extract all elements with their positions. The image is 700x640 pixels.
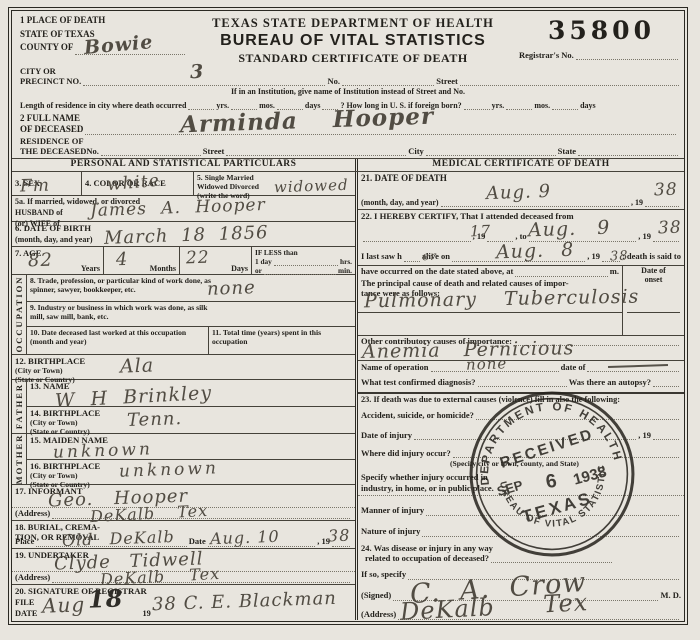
days-label: days	[305, 101, 321, 110]
burial-date-label: Date	[189, 537, 206, 547]
residence-label-2: THE DECEASED	[20, 146, 86, 156]
fill	[398, 611, 679, 620]
file-date-label: DATE	[15, 609, 37, 619]
fill	[277, 101, 303, 110]
full-name-row: 2 FULL NAME OF DECEASED Arminda Hooper	[12, 111, 684, 137]
occupation-vertical-cell: OCCUPATION	[12, 275, 27, 354]
accident-label: Accident, suicide, or homicide?	[361, 411, 474, 421]
onset-label-2: onset	[623, 275, 684, 285]
color-label: 4. COLOR OR RACE	[85, 178, 166, 188]
fill	[645, 198, 679, 207]
fill	[426, 507, 679, 516]
mother-group: MOTHER 15. MAIDEN NAME unknown 16. BIRTH…	[12, 434, 355, 485]
dob-label-1: 6. DATE OF BIRTH	[12, 222, 355, 235]
row-spouse: 5a. If married, widowed, or divorced HUS…	[12, 196, 355, 222]
birthplace-city-town: (City or Town)	[12, 366, 355, 375]
fill	[441, 198, 629, 207]
row-age: 7. AGE Years Months Days IF LESS than 1 …	[12, 247, 355, 275]
fill	[578, 147, 678, 156]
injury-where-label: Where did injury occur?	[361, 449, 451, 459]
or-label: or	[255, 266, 262, 275]
fill	[404, 253, 420, 262]
yrs-label: yrs.	[216, 101, 229, 110]
principal-label-1: The principal cause of death and related…	[358, 277, 622, 288]
row-manner: Manner of injury	[358, 498, 684, 521]
row-father-name: 13. NAME W H Brinkley	[27, 380, 355, 407]
fill	[393, 592, 658, 601]
burial-place-label: Place	[15, 537, 34, 547]
row-registrar: 20. SIGNATURE OF REGISTRAR FILE DATE 19 …	[12, 585, 355, 620]
lastworked-label: 10. Date deceased last worked at this oc…	[30, 328, 205, 347]
row-date-of-death: 21. DATE OF DEATH (month, day, and year)…	[358, 172, 684, 210]
q24-label-1: 24. Was disease or injury in any way	[358, 542, 684, 553]
certificate-form: 1 PLACE OF DEATH STATE OF TEXAS COUNTY O…	[8, 7, 688, 625]
informant-label: 17. INFORMANT	[12, 485, 355, 498]
row-undertaker: 19. UNDERTAKER (Address) Clyde Tidwell D…	[12, 549, 355, 585]
fill	[476, 411, 679, 420]
fill	[491, 554, 612, 563]
certificate-number-block: 35800 Registrar's No.	[519, 14, 684, 66]
row-mother-birthplace: 16. BIRTHPLACE (City or Town) (State or …	[27, 460, 355, 484]
fill	[363, 233, 471, 242]
form-header: 1 PLACE OF DEATH STATE OF TEXAS COUNTY O…	[12, 11, 684, 63]
residence-q1-label: Length of residence in city where death …	[20, 101, 186, 110]
contributory-label: Other contributory causes of importance:	[361, 337, 512, 347]
medical-column: 21. DATE OF DEATH (month, day, and year)…	[358, 172, 684, 620]
onset-label-1: Date of	[623, 266, 684, 276]
fill	[226, 147, 406, 156]
section-band: PERSONAL AND STATISTICAL PARTICULARS MED…	[12, 158, 684, 172]
fill	[101, 147, 201, 156]
registrar-no-label: Registrar's No.	[519, 50, 574, 60]
dob-label-2: (month, day, and year)	[12, 235, 355, 246]
signed-label: (Signed)	[361, 591, 391, 601]
fill	[602, 253, 620, 262]
trade-label: 8. Trade, profession, or particular kind…	[27, 275, 222, 296]
fill	[464, 101, 490, 110]
file-date-line: DATE 19	[12, 608, 355, 620]
row-injury-date: Date of injury , 19	[358, 426, 684, 446]
fill	[431, 363, 559, 372]
fill	[653, 431, 679, 440]
mother-vertical-cell: MOTHER	[12, 434, 27, 484]
fullname-fill	[85, 126, 676, 135]
father-vertical-cell: FATHER	[12, 380, 27, 433]
res-no-label: No.	[86, 146, 99, 156]
signed-address-label: (Address)	[361, 610, 396, 620]
row-principal-cause: have occurred on the date stated above, …	[358, 266, 684, 336]
row-injury-where: Where did injury occur? (Specify city or…	[358, 446, 684, 472]
county-fill-line	[75, 46, 185, 55]
injury-date-label: Date of injury	[361, 431, 412, 441]
marital-label-1: 5. Single Married	[197, 173, 352, 182]
dept-title-line1: TEXAS STATE DEPARTMENT OF HEALTH	[187, 16, 519, 31]
fill	[332, 538, 350, 547]
lastsaw-pre-label: I last saw h	[361, 252, 402, 262]
sex-label: 3. SEX	[15, 178, 40, 188]
row-informant: 17. INFORMANT (Address) Geo. Hooper DeKa…	[12, 485, 355, 521]
undertaker-label: 19. UNDERTAKER	[12, 549, 355, 562]
operation-label: Name of operation	[361, 363, 429, 373]
row-certify: 22. I HEREBY CERTIFY, That I attended de…	[358, 210, 684, 266]
ifso-label: If so, specify	[361, 570, 406, 580]
mos-label: mos.	[259, 101, 275, 110]
marital-label-2: Widowed Divorced	[197, 182, 352, 191]
row-industry: 9. Industry or business in which work wa…	[27, 302, 355, 327]
certify-to-label: , to	[515, 232, 526, 242]
institution-note: If in an Institution, give name of Insti…	[12, 87, 684, 97]
file-label: FILE	[12, 598, 355, 608]
row-trade: 8. Trade, profession, or particular kind…	[27, 275, 355, 302]
md-label: M. D.	[660, 591, 681, 601]
res-street-label: Street	[203, 146, 225, 156]
lastsaw-19: , 19	[587, 252, 600, 262]
row-specify-where: Specify whether injury occurred in indus…	[358, 471, 684, 498]
fill	[274, 257, 338, 266]
fill	[322, 101, 338, 110]
father-group: FATHER 13. NAME W H Brinkley 14. BIRTHPL…	[12, 380, 355, 434]
ifless-label-2: 1 day	[255, 257, 272, 266]
fill	[231, 101, 257, 110]
certify-19b: , 19	[638, 232, 651, 242]
undertaker-address-label: (Address)	[15, 573, 50, 583]
personal-column: 3. SEX 4. COLOR OR RACE 5. Single Marrie…	[12, 172, 358, 620]
city-or-label: CITY OR	[20, 66, 81, 76]
fill	[422, 528, 679, 537]
street-fill	[460, 77, 679, 86]
no-label: No.	[327, 76, 340, 86]
precinct-label: PRECINCT NO.	[20, 76, 81, 86]
manner-label: Manner of injury	[361, 506, 424, 516]
row-contributory: Other contributory causes of importance:…	[358, 336, 684, 361]
dept-title-line2: BUREAU OF VITAL STATISTICS	[187, 32, 519, 50]
registrar-no-line: Registrar's No.	[519, 50, 684, 60]
row-accident: Accident, suicide, or homicide?	[358, 407, 684, 426]
alive-label: alive on	[422, 252, 450, 262]
county-label: COUNTY OF	[20, 41, 73, 55]
totaltime-label: 11. Total time (years) spent in this occ…	[212, 328, 352, 347]
specify-label-1: Specify whether injury occurred in	[358, 471, 684, 482]
street-label: Street	[436, 76, 458, 86]
father-bp-city-town: (City or Town)	[27, 418, 355, 427]
burial-19-label: , 19	[317, 537, 330, 547]
certificate-number: 35800	[519, 16, 684, 45]
res-state-label: State	[558, 146, 576, 156]
left-section-title: PERSONAL AND STATISTICAL PARTICULARS	[12, 159, 358, 171]
row-lastworked-totaltime: 10. Date deceased last worked at this oc…	[27, 327, 355, 354]
row-father-birthplace: 14. BIRTHPLACE (City or Town) (State or …	[27, 407, 355, 433]
fullname-label-2: OF DECEASED	[20, 124, 83, 135]
row-external-causes: 23. If death was due to external causes …	[358, 394, 684, 407]
external-label: 23. If death was due to external causes …	[361, 395, 620, 404]
right-section-title: MEDICAL CERTIFICATE OF DEATH	[358, 159, 684, 171]
row-sex-color-marital: 3. SEX 4. COLOR OR RACE 5. Single Marrie…	[12, 172, 355, 196]
father-vertical-label: FATHER	[14, 383, 24, 429]
q24-label-2: related to occupation of deceased?	[361, 554, 489, 564]
fill	[653, 378, 679, 387]
burial-label-1: 18. BURIAL, CREMA-	[12, 521, 355, 532]
fullname-label-1: 2 FULL NAME	[20, 113, 83, 124]
fill	[408, 571, 679, 580]
industry-label: 9. Industry or business in which work wa…	[27, 302, 222, 323]
fill	[653, 233, 679, 242]
fill	[208, 538, 315, 547]
state-of-texas-label: STATE OF TEXAS	[20, 28, 187, 42]
mother-bp-city-town: (City or Town)	[27, 471, 355, 480]
m-label: m.	[610, 267, 619, 277]
specify-label-2: industry, in home, or in public place.	[358, 483, 684, 494]
fill	[426, 147, 556, 156]
test-label: What test confirmed diagnosis?	[361, 378, 476, 388]
residence-label-1: RESIDENCE OF	[20, 136, 86, 146]
spouse-label-1: 5a. If married, widowed, or divorced	[12, 196, 355, 208]
dateof-label: date of	[561, 363, 586, 373]
injury-19: , 19	[638, 431, 651, 441]
fill	[515, 268, 607, 277]
row-signed-address: (Address) DeKalb Tex	[358, 605, 684, 620]
ifless-label-1: IF LESS than	[255, 248, 352, 257]
fill	[552, 101, 578, 110]
row-operation: Name of operation date of none	[358, 361, 684, 378]
mos-label-2: mos.	[534, 101, 550, 110]
fill	[506, 101, 532, 110]
dod-19-label: , 19	[631, 198, 643, 207]
fill	[52, 510, 350, 519]
informant-address-label: (Address)	[15, 509, 50, 519]
row-test: What test confirmed diagnosis? Was there…	[358, 378, 684, 394]
injury-where-note: (Specify city or town, county, and State…	[358, 458, 684, 469]
precinct-fill	[83, 77, 325, 86]
father-bp-label: 14. BIRTHPLACE	[27, 407, 355, 419]
place-of-death-label: 1 PLACE OF DEATH	[20, 14, 187, 28]
maiden-label: 15. MAIDEN NAME	[27, 434, 355, 447]
occupation-vertical-label: OCCUPATION	[14, 276, 24, 353]
residence-row: RESIDENCE OF THE DECEASED No. Street Cit…	[12, 137, 684, 158]
res-city-label: City	[408, 146, 424, 156]
county-line: COUNTY OF	[20, 41, 187, 55]
residence-q2-label: ? How long in U. S. if foreign born?	[340, 101, 461, 110]
department-titles: TEXAS STATE DEPARTMENT OF HEALTH BUREAU …	[187, 14, 519, 66]
row-q24: 24. Was disease or injury in any way rel…	[358, 542, 684, 566]
yrs-label-2: yrs.	[492, 101, 505, 110]
registrar-no-fill	[576, 51, 678, 60]
row-date-of-birth: 6. DATE OF BIRTH (month, day, and year) …	[12, 222, 355, 247]
death-certificate-scan: 1 PLACE OF DEATH STATE OF TEXAS COUNTY O…	[0, 0, 700, 640]
days-label-2: days	[580, 101, 596, 110]
fill	[36, 538, 186, 547]
residence-length-row: Length of residence in city where death …	[12, 97, 684, 111]
hrs-label: hrs.	[340, 257, 352, 266]
certify-label: 22. I HEREBY CERTIFY, That I attended de…	[358, 210, 684, 223]
fill	[52, 574, 350, 583]
occupation-group: OCCUPATION 8. Trade, profession, or part…	[12, 275, 355, 355]
row-birthplace: 12. BIRTHPLACE (City or Town) (State or …	[12, 355, 355, 380]
age-label: 7. AGE	[15, 248, 100, 258]
file-19-printed: 19	[142, 609, 150, 619]
years-label: Years	[81, 264, 100, 273]
mother-bp-label: 16. BIRTHPLACE	[27, 460, 355, 472]
fill	[487, 233, 513, 242]
principal-label-2: tance were as follows:	[358, 288, 622, 299]
row-maiden-name: 15. MAIDEN NAME unknown	[27, 434, 355, 460]
autopsy-label: Was there an autopsy?	[569, 378, 651, 388]
dod-label: 21. DATE OF DEATH	[358, 172, 684, 185]
row-burial: 18. BURIAL, CREMA- TION, OR REMOVAL Plac…	[12, 521, 355, 549]
fill	[264, 266, 336, 275]
fill	[529, 233, 637, 242]
fill	[188, 101, 214, 110]
father-name-label: 13. NAME	[27, 380, 355, 393]
min-label: min.	[338, 266, 352, 275]
row-ifso: If so, specify	[358, 566, 684, 583]
fill	[452, 253, 585, 262]
no-fill	[342, 77, 434, 86]
occurred-label: have occurred on the date stated above, …	[361, 267, 513, 277]
days-label: Days	[231, 264, 248, 273]
registrar-sig-label: 20. SIGNATURE OF REGISTRAR	[12, 585, 355, 598]
months-label: Months	[150, 264, 176, 273]
row-nature: Nature of injury	[358, 521, 684, 542]
fill	[478, 378, 567, 387]
certify-19a: , 19	[473, 232, 486, 242]
nature-label: Nature of injury	[361, 527, 420, 537]
precinct-row: CITY OR PRECINCT NO. No. Street 3	[12, 63, 684, 87]
birthplace-label: 12. BIRTHPLACE	[12, 355, 355, 367]
fill	[414, 431, 636, 440]
row-signed: (Signed) M. D. C. A. Crow	[358, 583, 684, 605]
dod-sub-label: (month, day, and year)	[361, 198, 439, 207]
mother-vertical-label: MOTHER	[14, 433, 24, 484]
death-said-label: : death is said to	[622, 252, 681, 262]
fill	[514, 337, 679, 346]
fill	[453, 449, 679, 458]
place-of-death-block: 1 PLACE OF DEATH STATE OF TEXAS COUNTY O…	[12, 14, 187, 66]
spouse-label-2: HUSBAND of	[12, 208, 355, 219]
